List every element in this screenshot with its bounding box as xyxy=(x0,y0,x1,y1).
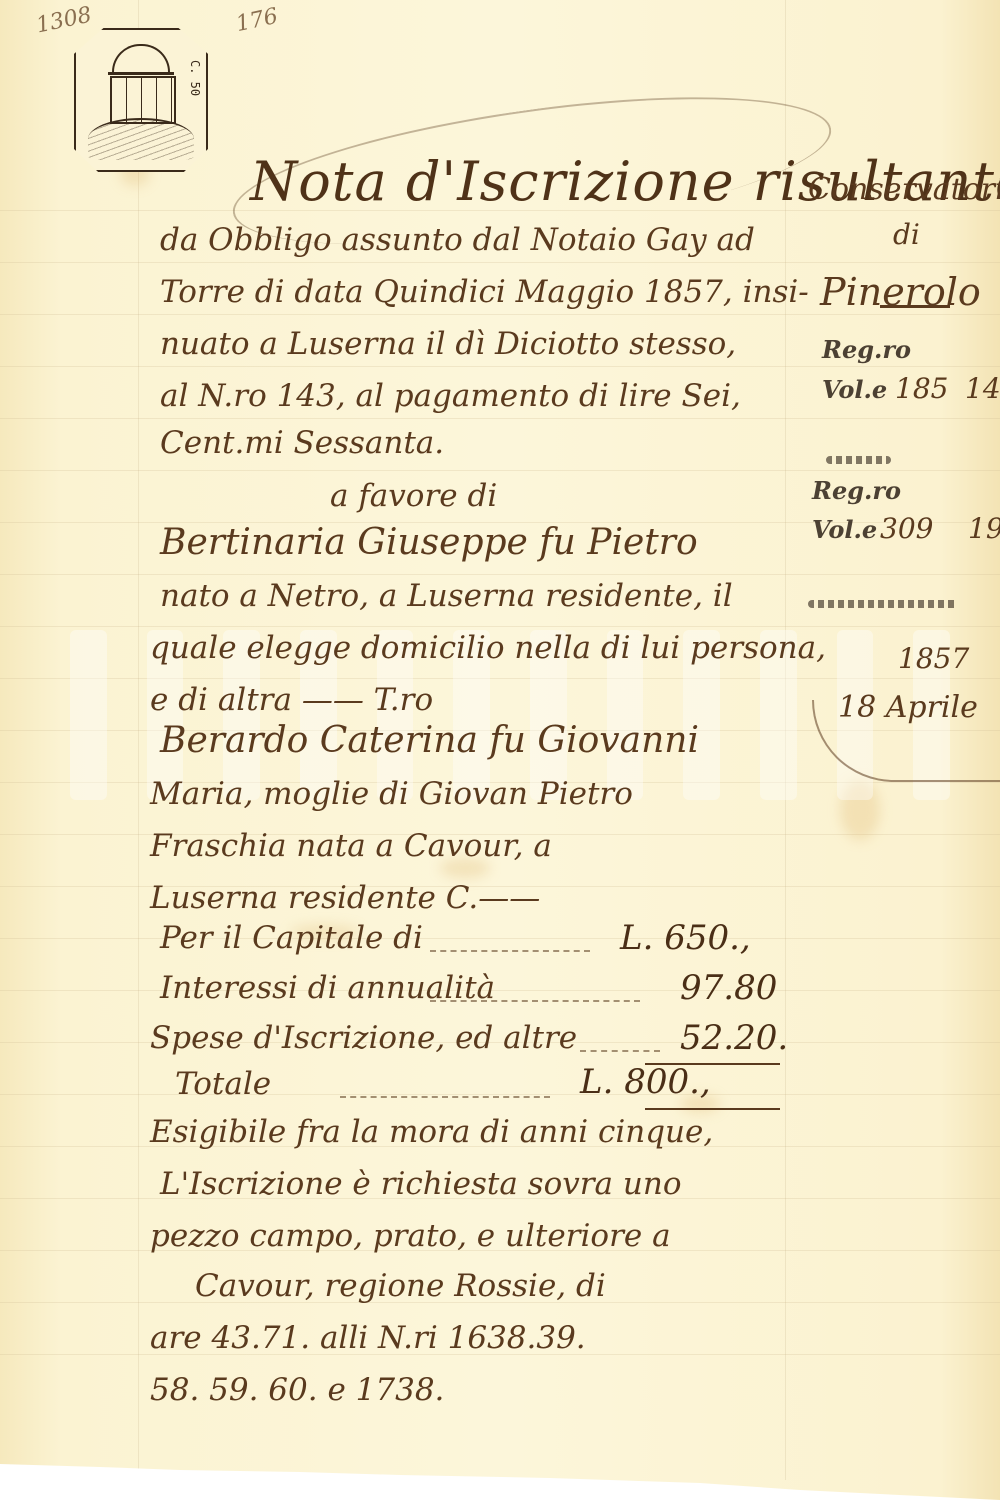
body-line: nuato a Luserna il dì Diciotto stesso, xyxy=(160,326,736,362)
total-underline xyxy=(645,1108,780,1110)
registry-stamp-vol-label: Vol.e xyxy=(812,515,877,544)
closing-line: pezzo campo, prato, e ulteriore a xyxy=(150,1218,671,1254)
body-line: nato a Netro, a Luserna residente, il xyxy=(160,578,733,614)
creditor-name: Bertinaria Giuseppe fu Pietro xyxy=(160,522,698,563)
margin-line xyxy=(138,0,139,1480)
ledger-dash-leader xyxy=(430,1000,640,1002)
ledger-dash-leader xyxy=(340,1096,550,1098)
ruled-line xyxy=(0,418,1000,419)
office-preposition: di xyxy=(893,218,920,251)
ruled-line xyxy=(0,314,1000,315)
body-line: al N.ro 143, al pagamento di lire Sei, xyxy=(160,378,741,414)
body-line: da Obbligo assunto dal Notaio Gay ad xyxy=(160,222,755,258)
registry-stamp-border xyxy=(808,600,958,608)
closing-line: 58. 59. 60. e 1738. xyxy=(150,1372,444,1408)
body-line: Maria, moglie di Giovan Pietro xyxy=(150,776,633,812)
body-line: Fraschia nata a Cavour, a xyxy=(150,828,552,864)
ruled-line xyxy=(0,470,1000,471)
registry-stamp-vol-label: Vol.e xyxy=(822,375,887,404)
reclining-figures-icon xyxy=(88,118,194,160)
body-line: Cent.mi Sessanta. xyxy=(160,425,444,461)
second-party-name: Berardo Caterina fu Giovanni xyxy=(160,720,699,761)
ledger-amount-total: L. 800., xyxy=(580,1062,711,1102)
ruled-line xyxy=(0,938,1000,939)
registry-stamp-label: Reg.ro xyxy=(812,476,901,505)
city-underline xyxy=(880,305,950,308)
ledger-label-capital: Per il Capitale di xyxy=(160,920,423,956)
ledger-label-total: Totale xyxy=(175,1066,271,1102)
ledger-dash-leader xyxy=(580,1050,660,1052)
registry-volume-number: 185 xyxy=(895,372,948,405)
crown-icon xyxy=(108,38,174,75)
registration-year: 1857 xyxy=(898,642,969,675)
closing-line: Esigibile fra la mora di anni cinque, xyxy=(150,1114,713,1150)
ruled-line xyxy=(0,1094,1000,1095)
document-page: 1308 176 C. 50 Nota d'Iscrizione risulta… xyxy=(0,0,1000,1510)
registry-entry-number: 19 xyxy=(968,512,1000,545)
registry-volume-number: 309 xyxy=(880,512,933,545)
registry-stamp-border xyxy=(826,456,891,464)
body-line: a favore di xyxy=(330,478,497,514)
body-line: e di altra —— T.ro xyxy=(150,682,433,718)
folio-number: 176 xyxy=(234,4,280,37)
ledger-amount-fees: 52.20. xyxy=(680,1018,788,1058)
ledger-label-fees: Spese d'Iscrizione, ed altre xyxy=(150,1020,577,1056)
ruled-line xyxy=(0,574,1000,575)
ledger-amount-interest: 97.80 xyxy=(680,968,777,1008)
ruled-line xyxy=(0,626,1000,627)
body-line: Luserna residente C.—— xyxy=(150,880,540,916)
stamp-value: C. 50 xyxy=(188,60,202,96)
registry-stamp-label: Reg.ro xyxy=(822,335,911,364)
ruled-line xyxy=(0,366,1000,367)
ruled-line xyxy=(0,990,1000,991)
date-bracket xyxy=(812,700,1000,782)
ruled-line xyxy=(0,678,1000,679)
closing-line: are 43.71. alli N.ri 1638.39. xyxy=(150,1320,586,1356)
ledger-amount-capital: L. 650., xyxy=(620,918,751,958)
archive-number: 1308 xyxy=(34,2,94,38)
office-name: Conservatoria xyxy=(808,172,1000,207)
paper-stain xyxy=(840,780,880,840)
coat-of-arms-icon xyxy=(110,76,176,124)
body-line: quale elegge domicilio nella di lui pers… xyxy=(150,630,826,666)
ledger-dash-leader xyxy=(430,950,590,952)
margin-line xyxy=(785,0,786,1480)
ruled-line xyxy=(0,262,1000,263)
revenue-stamp: C. 50 xyxy=(74,28,208,172)
closing-line: L'Iscrizione è richiesta sovra uno xyxy=(160,1166,682,1202)
body-line: Torre di data Quindici Maggio 1857, insi… xyxy=(160,274,809,310)
registry-entry-number: 14 xyxy=(965,372,1000,405)
closing-line: Cavour, regione Rossie, di xyxy=(195,1268,606,1304)
